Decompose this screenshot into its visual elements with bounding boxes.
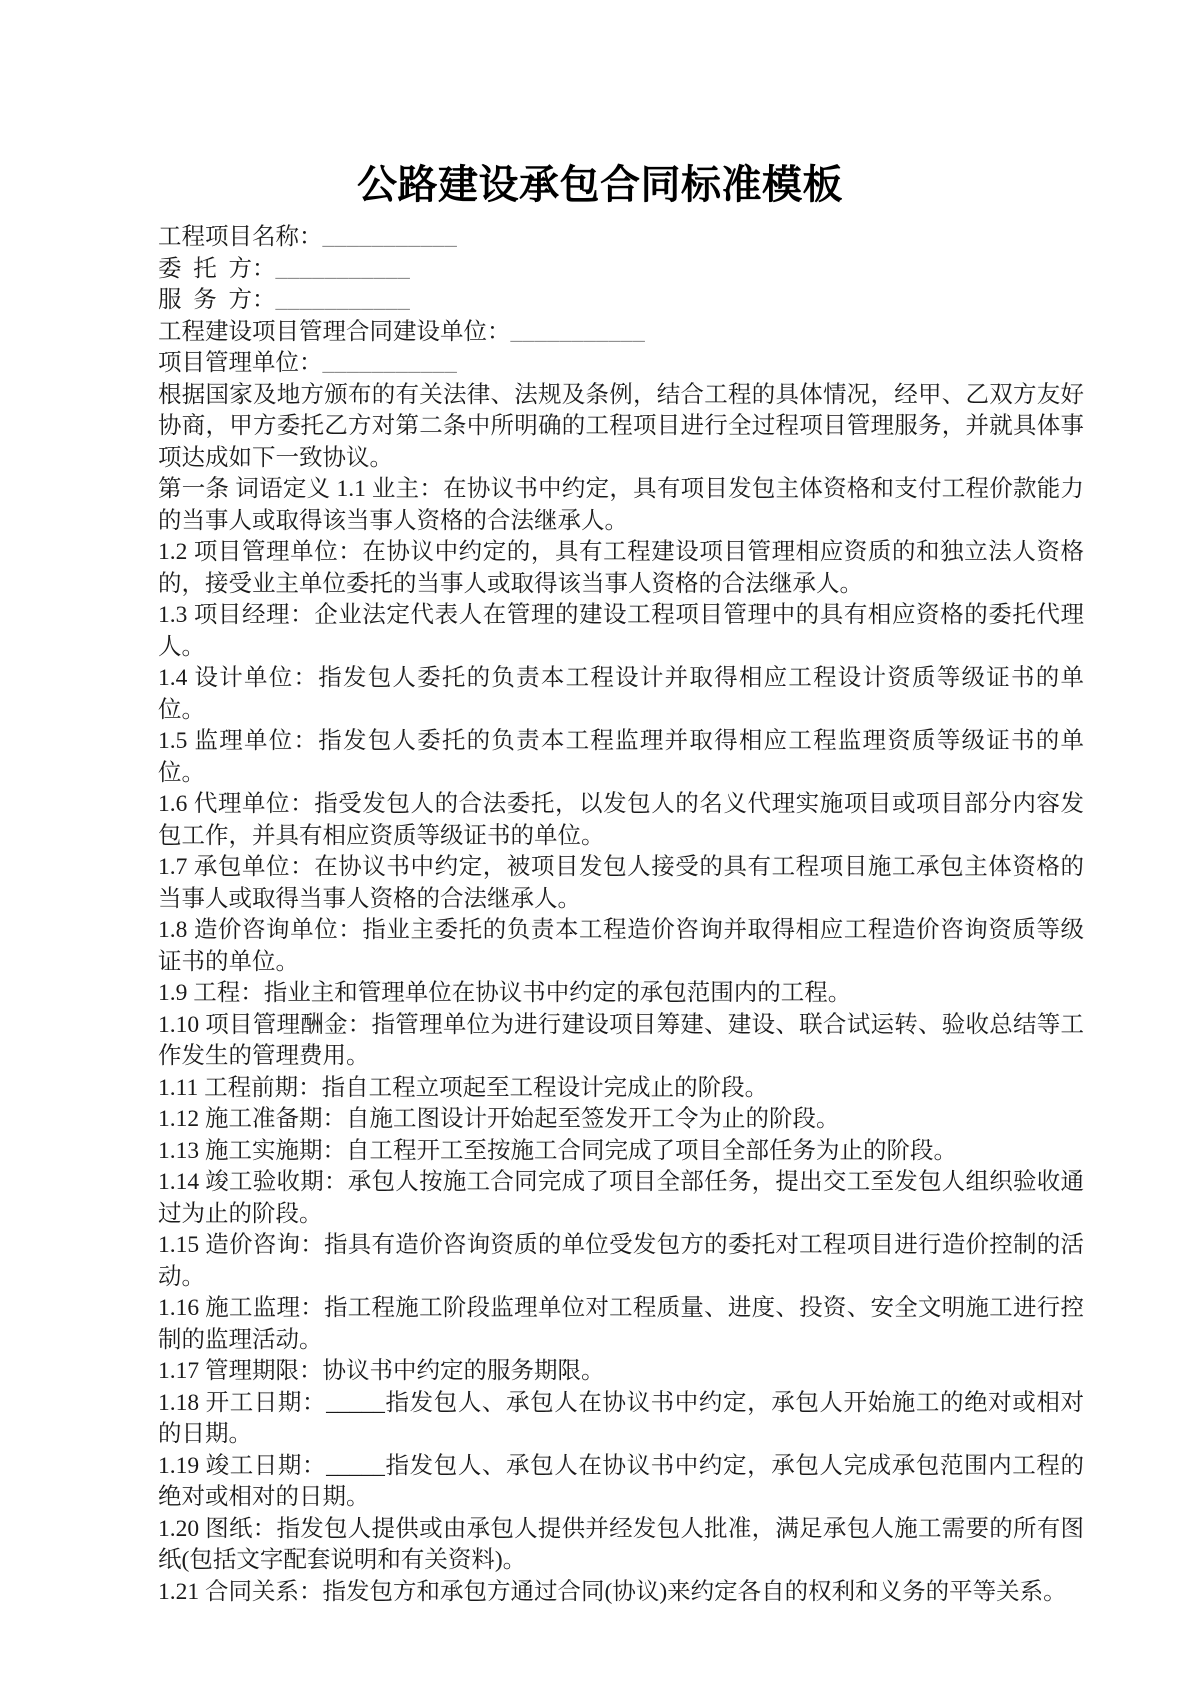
- field-blank-line: ___________: [276, 287, 411, 313]
- form-field-line: 服 务 方：___________: [158, 285, 1084, 317]
- form-field-line: 工程项目名称：___________: [158, 222, 1084, 254]
- form-field-line: 委 托 方：___________: [158, 254, 1084, 286]
- document-title: 公路建设承包合同标准模板: [158, 160, 1042, 210]
- field-label: 工程建设项目管理合同建设单位：: [158, 319, 511, 345]
- contract-paragraph: 1.14 竣工验收期：承包人按施工合同完成了项目全部任务，提出交工至发包人组织验…: [158, 1167, 1084, 1230]
- field-label: 工程项目名称：: [158, 224, 323, 250]
- contract-paragraph: 第一条 词语定义 1.1 业主：在协议书中约定，具有项目发包主体资格和支付工程价…: [158, 474, 1084, 537]
- contract-paragraph: 1.15 造价咨询：指具有造价咨询资质的单位受发包方的委托对工程项目进行造价控制…: [158, 1230, 1084, 1293]
- contract-paragraph: 1.12 施工准备期：自施工图设计开始起至签发开工令为止的阶段。: [158, 1104, 1084, 1136]
- contract-paragraph: 1.2 项目管理单位：在协议中约定的，具有工程建设项目管理相应资质的和独立法人资…: [158, 537, 1084, 600]
- contract-paragraph: 1.8 造价咨询单位：指业主委托的负责本工程造价咨询并取得相应工程造价咨询资质等…: [158, 915, 1084, 978]
- contract-paragraph: 1.3 项目经理：企业法定代表人在管理的建设工程项目管理中的具有相应资格的委托代…: [158, 600, 1084, 663]
- field-blank-line: ___________: [276, 256, 411, 282]
- form-field-line: 工程建设项目管理合同建设单位：___________: [158, 317, 1084, 349]
- contract-paragraph: 1.18 开工日期：_____指发包人、承包人在协议书中约定，承包人开始施工的绝…: [158, 1388, 1084, 1451]
- contract-paragraph: 1.4 设计单位：指发包人委托的负责本工程设计并取得相应工程设计资质等级证书的单…: [158, 663, 1084, 726]
- contract-paragraph: 1.21 合同关系：指发包方和承包方通过合同(协议)来约定各自的权利和义务的平等…: [158, 1577, 1084, 1609]
- contract-paragraph: 1.9 工程：指业主和管理单位在协议书中约定的承包范围内的工程。: [158, 978, 1084, 1010]
- contract-paragraph: 1.20 图纸：指发包人提供或由承包人提供并经发包人批准，满足承包人施工需要的所…: [158, 1514, 1084, 1577]
- contract-paragraph: 1.11 工程前期：指自工程立项起至工程设计完成止的阶段。: [158, 1073, 1084, 1105]
- contract-paragraph: 1.6 代理单位：指受发包人的合法委托，以发包人的名义代理实施项目或项目部分内容…: [158, 789, 1084, 852]
- contract-body: 根据国家及地方颁布的有关法律、法规及条例，结合工程的具体情况，经甲、乙双方友好协…: [158, 380, 1084, 1609]
- contract-paragraph: 1.16 施工监理：指工程施工阶段监理单位对工程质量、进度、投资、安全文明施工进…: [158, 1293, 1084, 1356]
- contract-document-page: 公路建设承包合同标准模板 工程项目名称：___________ 委 托 方：__…: [0, 0, 1190, 1683]
- contract-paragraph: 1.10 项目管理酬金：指管理单位为进行建设项目筹建、建设、联合试运转、验收总结…: [158, 1010, 1084, 1073]
- contract-paragraph: 根据国家及地方颁布的有关法律、法规及条例，结合工程的具体情况，经甲、乙双方友好协…: [158, 380, 1084, 475]
- contract-document: 公路建设承包合同标准模板 工程项目名称：___________ 委 托 方：__…: [158, 160, 1084, 1608]
- field-label: 委 托 方：: [158, 256, 276, 282]
- contract-paragraph: 1.17 管理期限：协议书中约定的服务期限。: [158, 1356, 1084, 1388]
- form-field-line: 项目管理单位：___________: [158, 348, 1084, 380]
- contract-paragraph: 1.5 监理单位：指发包人委托的负责本工程监理并取得相应工程监理资质等级证书的单…: [158, 726, 1084, 789]
- field-blank-line: ___________: [323, 224, 458, 250]
- contract-paragraph: 1.13 施工实施期：自工程开工至按施工合同完成了项目全部任务为止的阶段。: [158, 1136, 1084, 1168]
- header-fields: 工程项目名称：___________ 委 托 方：___________ 服 务…: [158, 222, 1084, 380]
- field-label: 服 务 方：: [158, 287, 276, 313]
- field-blank-line: ___________: [511, 319, 646, 345]
- field-blank-line: ___________: [323, 350, 458, 376]
- contract-paragraph: 1.7 承包单位：在协议书中约定，被项目发包人接受的具有工程项目施工承包主体资格…: [158, 852, 1084, 915]
- field-label: 项目管理单位：: [158, 350, 323, 376]
- contract-paragraph: 1.19 竣工日期：_____指发包人、承包人在协议书中约定，承包人完成承包范围…: [158, 1451, 1084, 1514]
